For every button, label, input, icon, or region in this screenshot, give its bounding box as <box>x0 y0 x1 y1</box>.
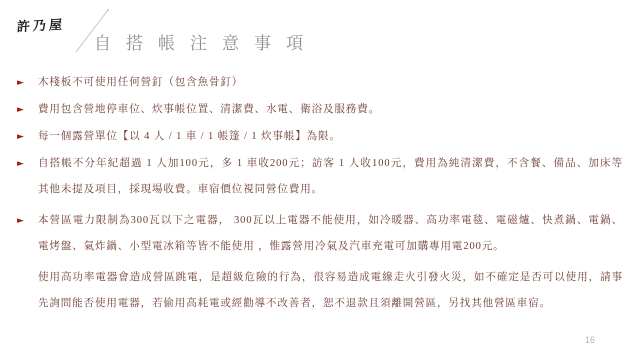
bullet-triangle-icon: ► <box>17 70 38 96</box>
note-paragraph-row: 使用高功率電器會造成營區跳電，是超級危險的行為，很容易造成電線走火引發火災，如不… <box>17 265 623 317</box>
slide: 許乃屋 自搭帳注意事項 ► 木棧板不可使用任何營釘（包含魚骨釘） ► 費用包含營… <box>0 0 640 360</box>
page-number: 16 <box>585 335 595 345</box>
logo-text: 許乃屋 <box>16 14 65 35</box>
bullet-item: ► 費用包含營地停車位、炊事帳位置、清潔費、水電、衛浴及服務費。 <box>17 97 623 123</box>
bullet-item: ► 每一個露營單位【以 4 人 / 1 車 / 1 帳篷 / 1 炊事帳】為限。 <box>17 124 623 150</box>
bullet-text: 本營區電力限制為300瓦以下之電器， 300瓦以上電器不能使用，如冷暖器、高功率… <box>38 208 623 260</box>
bullet-indent-spacer <box>17 265 38 317</box>
bullet-triangle-icon: ► <box>17 97 38 123</box>
bullet-text: 每一個露營單位【以 4 人 / 1 車 / 1 帳篷 / 1 炊事帳】為限。 <box>38 124 623 150</box>
bullet-triangle-icon: ► <box>17 151 38 203</box>
bullet-item: ► 自搭帳不分年紀超過 1 人加100元，多 1 車收200元；訪客 1 人收1… <box>17 151 623 203</box>
bullet-text: 木棧板不可使用任何營釘（包含魚骨釘） <box>38 70 623 96</box>
bullet-list: ► 木棧板不可使用任何營釘（包含魚骨釘） ► 費用包含營地停車位、炊事帳位置、清… <box>17 70 623 318</box>
bullet-text: 自搭帳不分年紀超過 1 人加100元，多 1 車收200元；訪客 1 人收100… <box>38 151 623 203</box>
bullet-item: ► 本營區電力限制為300瓦以下之電器， 300瓦以上電器不能使用，如冷暖器、高… <box>17 208 623 260</box>
bullet-item: ► 木棧板不可使用任何營釘（包含魚骨釘） <box>17 70 623 96</box>
bullet-text: 費用包含營地停車位、炊事帳位置、清潔費、水電、衛浴及服務費。 <box>38 97 623 123</box>
note-paragraph: 使用高功率電器會造成營區跳電，是超級危險的行為，很容易造成電線走火引發火災，如不… <box>38 265 623 317</box>
page-title: 自搭帳注意事項 <box>94 29 318 54</box>
bullet-triangle-icon: ► <box>17 124 38 150</box>
bullet-triangle-icon: ► <box>17 208 38 260</box>
